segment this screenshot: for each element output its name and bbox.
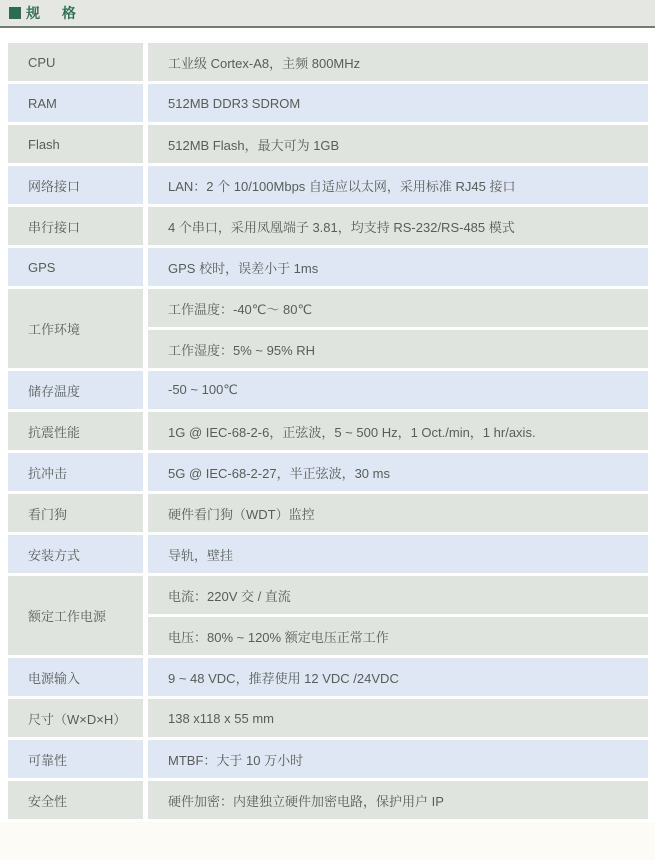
spec-row: 电源输入 9 ~ 48 VDC，推荐使用 12 VDC /24VDC <box>8 658 648 696</box>
spec-label: CPU <box>8 43 143 81</box>
spec-values: 工作温度：-40℃～ 80℃工作湿度：5% ~ 95% RH <box>148 289 648 368</box>
spec-row: CPU 工业级 Cortex-A8，主频 800MHz <box>8 43 648 81</box>
spec-value: 电流：220V 交 / 直流 <box>148 576 648 614</box>
spec-values: GPS 校时，误差小于 1ms <box>148 248 648 286</box>
spec-row: 尺寸（W×D×H） 138 x118 x 55 mm <box>8 699 648 737</box>
spec-label: 看门狗 <box>8 494 143 532</box>
spec-row: RAM 512MB DDR3 SDROM <box>8 84 648 122</box>
spec-label: GPS <box>8 248 143 286</box>
spec-row: 抗震性能 1G @ IEC-68-2-6，正弦波，5 ~ 500 Hz，1 Oc… <box>8 412 648 450</box>
spec-value: -50 ~ 100℃ <box>148 371 648 409</box>
spec-row: GPS GPS 校时，误差小于 1ms <box>8 248 648 286</box>
spec-label: 抗冲击 <box>8 453 143 491</box>
spec-values: 5G @ IEC-68-2-27，半正弦波，30 ms <box>148 453 648 491</box>
spec-value: 512MB DDR3 SDROM <box>148 84 648 122</box>
spec-row: 串行接口 4 个串口，采用凤凰端子 3.81，均支持 RS-232/RS-485… <box>8 207 648 245</box>
spec-row: 看门狗 硬件看门狗（WDT）监控 <box>8 494 648 532</box>
spec-value: 工作温度：-40℃～ 80℃ <box>148 289 648 327</box>
spec-label: 储存温度 <box>8 371 143 409</box>
spec-row: 储存温度 -50 ~ 100℃ <box>8 371 648 409</box>
spec-value: LAN：2 个 10/100Mbps 自适应以太网，采用标准 RJ45 接口 <box>148 166 648 204</box>
spec-value: 512MB Flash，最大可为 1GB <box>148 125 648 163</box>
spec-value: 硬件加密：内建独立硬件加密电路，保护用户 IP <box>148 781 648 819</box>
spec-value: MTBF：大于 10 万小时 <box>148 740 648 778</box>
spec-value: 138 x118 x 55 mm <box>148 699 648 737</box>
spec-value: 导轨，壁挂 <box>148 535 648 573</box>
spec-label: Flash <box>8 125 143 163</box>
spec-row: 可靠性 MTBF：大于 10 万小时 <box>8 740 648 778</box>
footer-spacer <box>0 822 655 860</box>
spec-row: 网络接口 LAN：2 个 10/100Mbps 自适应以太网，采用标准 RJ45… <box>8 166 648 204</box>
spec-values: 9 ~ 48 VDC，推荐使用 12 VDC /24VDC <box>148 658 648 696</box>
spec-values: 导轨，壁挂 <box>148 535 648 573</box>
spec-values: 硬件看门狗（WDT）监控 <box>148 494 648 532</box>
spec-label: 电源输入 <box>8 658 143 696</box>
spec-value: 工业级 Cortex-A8，主频 800MHz <box>148 43 648 81</box>
spec-label: 尺寸（W×D×H） <box>8 699 143 737</box>
spec-value: 1G @ IEC-68-2-6，正弦波，5 ~ 500 Hz，1 Oct./mi… <box>148 412 648 450</box>
spec-label: 串行接口 <box>8 207 143 245</box>
spec-label: 工作环境 <box>8 289 143 368</box>
spec-row: 安装方式 导轨，壁挂 <box>8 535 648 573</box>
spec-values: 512MB Flash，最大可为 1GB <box>148 125 648 163</box>
spec-row: 工作环境 工作温度：-40℃～ 80℃工作湿度：5% ~ 95% RH <box>8 289 648 368</box>
spec-table: CPU 工业级 Cortex-A8，主频 800MHz RAM 512MB DD… <box>8 43 648 819</box>
spec-values: MTBF：大于 10 万小时 <box>148 740 648 778</box>
spec-value: 9 ~ 48 VDC，推荐使用 12 VDC /24VDC <box>148 658 648 696</box>
spec-values: 电流：220V 交 / 直流电压：80% ~ 120% 额定电压正常工作 <box>148 576 648 655</box>
spec-value: 5G @ IEC-68-2-27，半正弦波，30 ms <box>148 453 648 491</box>
spec-label: RAM <box>8 84 143 122</box>
spec-label: 安装方式 <box>8 535 143 573</box>
spec-label: 抗震性能 <box>8 412 143 450</box>
spec-label: 网络接口 <box>8 166 143 204</box>
spec-row: 安全性 硬件加密：内建独立硬件加密电路，保护用户 IP <box>8 781 648 819</box>
section-marker-icon <box>9 7 21 19</box>
spec-value: 电压：80% ~ 120% 额定电压正常工作 <box>148 617 648 655</box>
spec-values: 512MB DDR3 SDROM <box>148 84 648 122</box>
section-header: 规 格 <box>0 0 655 28</box>
spec-values: 138 x118 x 55 mm <box>148 699 648 737</box>
spec-row: Flash 512MB Flash，最大可为 1GB <box>8 125 648 163</box>
spec-row: 额定工作电源 电流：220V 交 / 直流电压：80% ~ 120% 额定电压正… <box>8 576 648 655</box>
spec-values: 1G @ IEC-68-2-6，正弦波，5 ~ 500 Hz，1 Oct./mi… <box>148 412 648 450</box>
page-title: 规 格 <box>26 3 85 23</box>
spec-value: 4 个串口，采用凤凰端子 3.81，均支持 RS-232/RS-485 模式 <box>148 207 648 245</box>
spec-label: 额定工作电源 <box>8 576 143 655</box>
spec-row: 抗冲击 5G @ IEC-68-2-27，半正弦波，30 ms <box>8 453 648 491</box>
spec-values: 硬件加密：内建独立硬件加密电路，保护用户 IP <box>148 781 648 819</box>
spec-label: 安全性 <box>8 781 143 819</box>
spec-value: 工作湿度：5% ~ 95% RH <box>148 330 648 368</box>
spec-label: 可靠性 <box>8 740 143 778</box>
spec-value: 硬件看门狗（WDT）监控 <box>148 494 648 532</box>
spec-values: -50 ~ 100℃ <box>148 371 648 409</box>
spec-value: GPS 校时，误差小于 1ms <box>148 248 648 286</box>
spec-values: 4 个串口，采用凤凰端子 3.81，均支持 RS-232/RS-485 模式 <box>148 207 648 245</box>
spec-values: LAN：2 个 10/100Mbps 自适应以太网，采用标准 RJ45 接口 <box>148 166 648 204</box>
spec-values: 工业级 Cortex-A8，主频 800MHz <box>148 43 648 81</box>
